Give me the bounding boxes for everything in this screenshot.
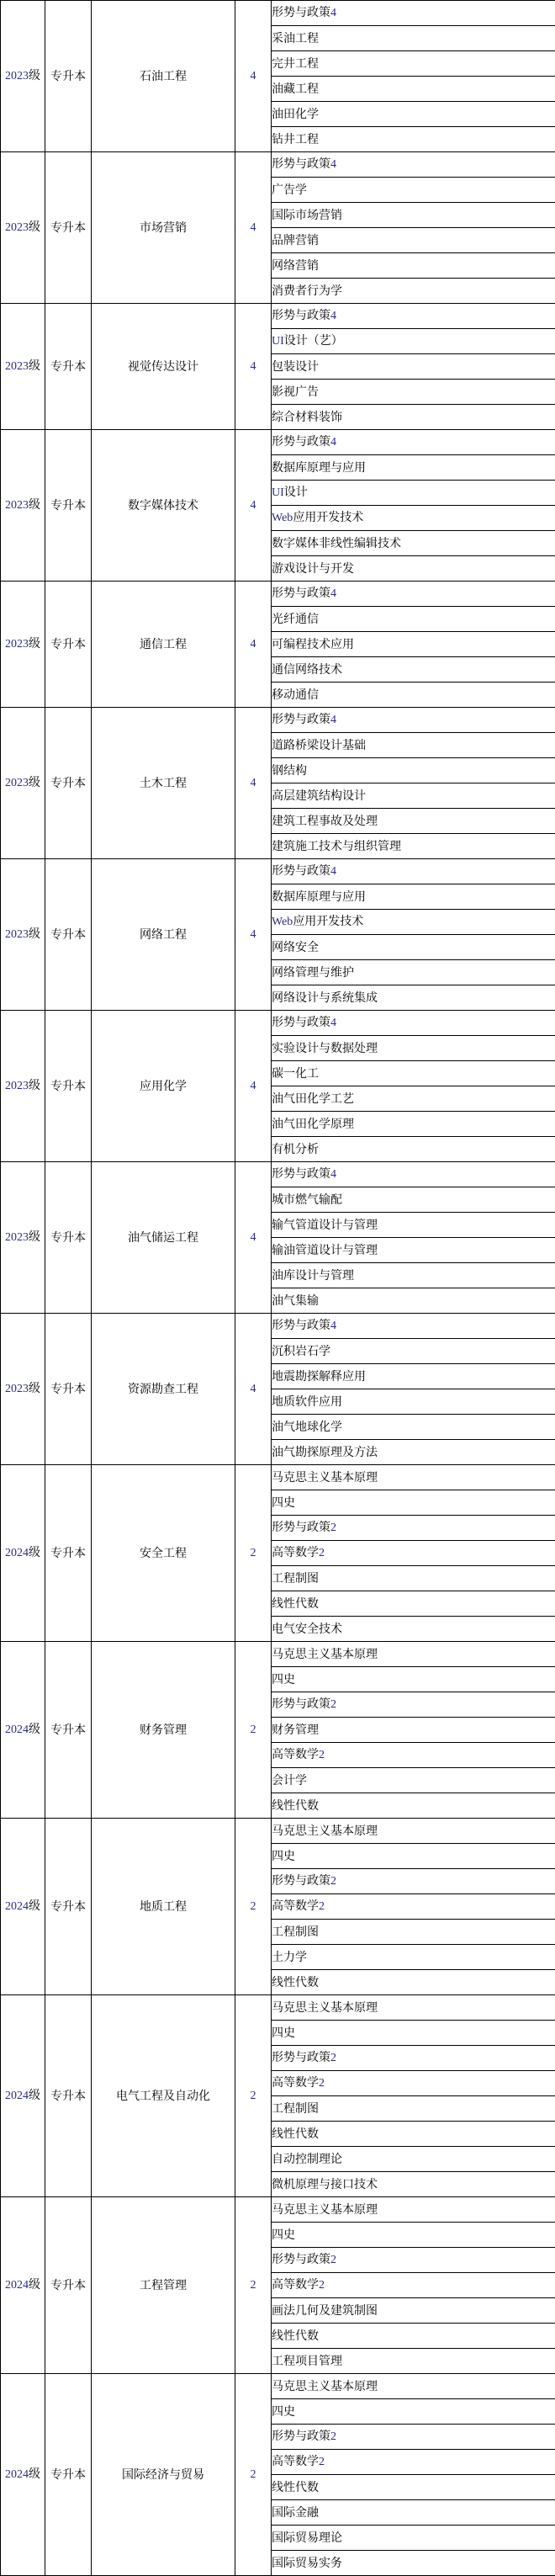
cjk-text-run: 国际金融 [272,2505,319,2519]
major-cell: 电气工程及自动化 [92,1995,235,2197]
course-cell: 钢结构 [272,758,555,783]
table-row: 2023级专升本网络工程4形势与政策4 [1,859,555,884]
table-row: 2023级专升本应用化学4形势与政策4 [1,1011,555,1036]
ascii-text-run: 4 [251,221,256,234]
cjk-text-run: 高等数学 [272,1545,319,1559]
exam-count-cell: 4 [235,304,272,430]
ascii-text-run: 4 [330,865,336,878]
ascii-text-run: 2 [330,1522,336,1534]
ascii-text-run: 2024 [5,2279,29,2292]
grade-cell: 2023级 [1,304,45,430]
ascii-text-run: 2024 [5,1724,29,1736]
course-cell: 形势与政策4 [272,1314,555,1339]
course-cell: 城市燃气输配 [272,1187,555,1213]
course-table: 2023级专升本石油工程4形势与政策4采油工程完井工程油藏工程油田化学钻井工程2… [0,0,555,2576]
cjk-text-run: 形势与政策 [272,712,330,725]
table-row: 2023级专升本视觉传达设计4形势与政策4 [1,304,555,329]
course-cell: 高等数学2 [272,2071,555,2096]
cjk-text-run: 级 [29,359,40,372]
ascii-text-run: 2 [251,1724,256,1736]
table-row: 2024级专升本安全工程2马克思主义基本原理 [1,1465,555,1490]
ascii-text-run: 4 [251,70,256,82]
cjk-text-run: 四史 [272,1849,295,1862]
level-cell: 专升本 [45,1,92,152]
cjk-text-run: 通信网络技术 [272,662,342,676]
cjk-text-run: 形势与政策 [272,1873,330,1887]
cjk-text-run: 线性代数 [272,2329,319,2342]
cjk-text-run: 石油工程 [140,69,187,82]
major-cell: 国际经济与贸易 [92,2374,235,2576]
cjk-text-run: 级 [29,2088,40,2101]
grade-cell: 2023级 [1,1011,45,1162]
cjk-text-run: 钢结构 [272,763,307,777]
ascii-text-run: 2 [330,1698,336,1711]
course-cell: 影视广告 [272,380,555,405]
course-cell: 四史 [272,2223,555,2248]
table-row: 2024级专升本国际经济与贸易2马克思主义基本原理 [1,2374,555,2399]
cjk-text-run: 地质工程 [140,1899,187,1913]
cjk-text-run: 高等数学 [272,1747,319,1761]
grade-cell: 2023级 [1,1162,45,1314]
cjk-text-run: 网络工程 [140,927,187,941]
ascii-text-run: 2023 [5,928,29,941]
cjk-text-run: 网络管理与维护 [272,965,354,979]
exam-count-cell: 4 [235,1314,272,1465]
ascii-text-run: Web [272,512,293,524]
ascii-text-run: 2 [330,2052,336,2064]
cjk-text-run: 工程管理 [140,2278,187,2292]
course-cell: 形势与政策4 [272,859,555,884]
cjk-text-run: 高等数学 [272,2454,319,2467]
major-cell: 工程管理 [92,2197,235,2374]
cjk-text-run: 马克思主义基本原理 [272,1647,378,1660]
major-cell: 通信工程 [92,582,235,708]
exam-count-cell: 2 [235,1819,272,1995]
grade-cell: 2023级 [1,1314,45,1465]
course-cell: 通信网络技术 [272,657,555,683]
cjk-text-run: 四史 [272,2026,295,2039]
cjk-text-run: 油气田化学原理 [272,1117,354,1130]
table-row: 2023级专升本数字媒体技术4形势与政策4 [1,430,555,455]
table-row: 2024级专升本财务管理2马克思主义基本原理 [1,1642,555,1667]
ascii-text-run: 2023 [5,1080,29,1092]
cjk-text-run: 专升本 [50,1723,86,1736]
cjk-text-run: 油气集输 [272,1293,319,1307]
course-cell: 高等数学2 [272,2450,555,2475]
course-cell: 形势与政策2 [272,2425,555,2450]
course-cell: 高层建筑结构设计 [272,783,555,809]
exam-count-cell: 4 [235,1,272,152]
cjk-text-run: 级 [29,1230,40,1243]
cjk-text-run: 光纤通信 [272,612,319,625]
cjk-text-run: 形势与政策 [272,308,330,321]
course-cell: 形势与政策4 [272,1,555,26]
cjk-text-run: 马克思主义基本原理 [272,2000,378,2014]
course-cell: 完井工程 [272,51,555,77]
exam-count-cell: 2 [235,1995,272,2197]
cjk-text-run: 道路桥梁设计基础 [272,738,366,752]
cjk-text-run: 形势与政策 [272,434,330,448]
cjk-text-run: 专升本 [50,1546,86,1559]
cjk-text-run: 画法几何及建筑制图 [272,2303,378,2317]
ascii-text-run: 2 [319,2456,325,2468]
cjk-text-run: 级 [29,1545,40,1559]
course-cell: 广告学 [272,178,555,203]
grade-cell: 2024级 [1,1819,45,1995]
ascii-text-run: 4 [251,499,256,512]
course-cell: 画法几何及建筑制图 [272,2298,555,2324]
cjk-text-run: 专升本 [50,637,86,651]
cjk-text-run: 线性代数 [272,1975,319,1989]
cjk-text-run: 可编程技术应用 [272,637,354,651]
course-cell: 有机分析 [272,1137,555,1162]
cjk-text-run: 网络安全 [272,940,319,953]
cjk-text-run: 马克思主义基本原理 [272,2379,378,2393]
major-cell: 财务管理 [92,1642,235,1819]
course-cell: 综合材料装饰 [272,405,555,430]
table-row: 2024级专升本电气工程及自动化2马克思主义基本原理 [1,1995,555,2021]
grade-cell: 2024级 [1,1465,45,1642]
major-cell: 资源勘查工程 [92,1314,235,1465]
course-cell: 油田化学 [272,102,555,127]
cjk-text-run: 沉积岩石学 [272,1344,330,1357]
ascii-text-run: 4 [251,1231,256,1244]
cjk-text-run: 油气田化学工艺 [272,1091,354,1105]
grade-cell: 2023级 [1,152,45,304]
table-row: 2024级专升本地质工程2马克思主义基本原理 [1,1819,555,1844]
cjk-text-run: 微机原理与接口技术 [272,2177,378,2191]
ascii-text-run: 4 [251,1080,256,1092]
course-cell: 工程制图 [272,2096,555,2122]
course-cell: 土力学 [272,1945,555,1970]
cjk-text-run: 数字媒体技术 [128,498,198,512]
cjk-text-run: 专升本 [50,359,86,373]
cjk-text-run: 级 [29,2277,40,2291]
ascii-text-run: 2023 [5,221,29,234]
ascii-text-run: 4 [330,714,336,726]
cjk-text-run: 建筑工程事故及处理 [272,814,378,827]
level-cell: 专升本 [45,859,92,1011]
course-cell: 形势与政策4 [272,1162,555,1187]
course-cell: 马克思主义基本原理 [272,2197,555,2223]
ascii-text-run: UI [272,486,284,499]
cjk-text-run: 工程制图 [272,1571,319,1585]
grade-cell: 2024级 [1,1642,45,1819]
course-cell: 形势与政策2 [272,1516,555,1541]
course-cell: 自动控制理论 [272,2147,555,2172]
ascii-text-run: 2023 [5,360,29,373]
ascii-text-run: 2 [330,2430,336,2443]
ascii-text-run: 2 [251,1547,256,1559]
cjk-text-run: 国际市场营销 [272,208,342,221]
cjk-text-run: 采油工程 [272,31,319,45]
course-cell: 网络营销 [272,253,555,279]
cjk-text-run: 专升本 [50,927,86,941]
cjk-text-run: 线性代数 [272,1596,319,1610]
major-cell: 数字媒体技术 [92,430,235,582]
cjk-text-run: 专升本 [50,1079,86,1092]
cjk-text-run: 自动控制理论 [272,2152,342,2165]
cjk-text-run: 实验设计与数据处理 [272,1041,378,1054]
cjk-text-run: 马克思主义基本原理 [272,1470,378,1484]
cjk-text-run: 工程制图 [272,1925,319,1938]
course-cell: 高等数学2 [272,2273,555,2298]
course-cell: 形势与政策2 [272,2046,555,2071]
course-cell: 地质软件应用 [272,1389,555,1415]
cjk-text-run: 级 [29,68,40,82]
cjk-text-run: 专升本 [50,2089,86,2102]
course-cell: 数据库原理与应用 [272,884,555,910]
cjk-text-run: 专升本 [50,1382,86,1395]
cjk-text-run: 油田化学 [272,107,319,120]
course-cell: 财务管理 [272,1718,555,1743]
ascii-text-run: 4 [251,638,256,651]
level-cell: 专升本 [45,1995,92,2197]
course-cell: 形势与政策4 [272,152,555,178]
cjk-text-run: 四史 [272,1672,295,1686]
cjk-text-run: 影视广告 [272,385,319,398]
exam-count-cell: 4 [235,708,272,859]
cjk-text-run: 级 [29,497,40,511]
ascii-text-run: 4 [330,7,336,19]
course-cell: 四史 [272,1844,555,1869]
course-cell: UI设计（艺） [272,329,555,354]
level-cell: 专升本 [45,152,92,304]
course-cell: 输油管道设计与管理 [272,1238,555,1263]
major-cell: 石油工程 [92,1,235,152]
course-cell: 网络设计与系统集成 [272,985,555,1011]
cjk-text-run: 油气储运工程 [128,1230,198,1244]
course-cell: 移动通信 [272,683,555,708]
cjk-text-run: 专升本 [50,776,86,789]
course-cell: 马克思主义基本原理 [272,1642,555,1667]
ascii-text-run: 2023 [5,1231,29,1244]
cjk-text-run: 形势与政策 [272,1697,330,1710]
course-cell: 油气集输 [272,1288,555,1314]
major-cell: 应用化学 [92,1011,235,1162]
level-cell: 专升本 [45,1465,92,1642]
cjk-text-run: 网络营销 [272,258,319,272]
course-cell: 国际市场营销 [272,203,555,228]
cjk-text-run: 线性代数 [272,2127,319,2140]
exam-count-cell: 4 [235,582,272,708]
cjk-text-run: 形势与政策 [272,157,330,170]
course-cell: 微机原理与接口技术 [272,2172,555,2197]
table-row: 2023级专升本通信工程4形势与政策4 [1,582,555,607]
cjk-text-run: 有机分析 [272,1142,319,1155]
cjk-text-run: 安全工程 [140,1546,187,1559]
course-cell: 数据库原理与应用 [272,455,555,481]
cjk-text-run: 土力学 [272,1950,307,1963]
cjk-text-run: 国际贸易理论 [272,2531,342,2544]
course-cell: 形势与政策2 [272,1869,555,1894]
ascii-text-run: 2 [319,1547,325,1559]
course-cell: 马克思主义基本原理 [272,1819,555,1844]
ascii-text-run: 4 [330,158,336,171]
major-cell: 市场营销 [92,152,235,304]
grade-cell: 2024级 [1,1995,45,2197]
exam-count-cell: 2 [235,1465,272,1642]
course-cell: 消费者行为学 [272,279,555,304]
level-cell: 专升本 [45,2374,92,2576]
course-cell: 油气勘探原理及方法 [272,1440,555,1465]
course-cell: 工程制图 [272,1920,555,1945]
table-row: 2023级专升本土木工程4形势与政策4 [1,708,555,733]
ascii-text-run: 2023 [5,499,29,512]
cjk-text-run: 线性代数 [272,1798,319,1812]
exam-count-cell: 4 [235,430,272,582]
cjk-text-run: 财务管理 [272,1723,319,1736]
course-cell: 形势与政策4 [272,304,555,329]
course-cell: 四史 [272,1490,555,1516]
course-cell: 输气管道设计与管理 [272,1213,555,1238]
cjk-text-run: 资源勘查工程 [128,1382,198,1395]
ascii-text-run: 2 [319,1900,325,1913]
cjk-text-run: 工程项目管理 [272,2354,342,2367]
course-cell: 形势与政策2 [272,2248,555,2273]
cjk-text-run: 级 [29,220,40,233]
course-cell: 形势与政策2 [272,1692,555,1718]
level-cell: 专升本 [45,1011,92,1162]
ascii-text-run: 2024 [5,2090,29,2102]
course-cell: 道路桥梁设计基础 [272,733,555,758]
cjk-text-run: 专升本 [50,2278,86,2292]
ascii-text-run: 2023 [5,777,29,789]
level-cell: 专升本 [45,582,92,708]
cjk-text-run: 高等数学 [272,2277,319,2291]
exam-count-cell: 4 [235,859,272,1011]
ascii-text-run: 2 [251,2468,256,2481]
grade-cell: 2023级 [1,708,45,859]
ascii-text-run: 4 [251,360,256,373]
ascii-text-run: 4 [330,1168,336,1181]
ascii-text-run: 2024 [5,1547,29,1559]
major-cell: 油气储运工程 [92,1162,235,1314]
grade-cell: 2023级 [1,1,45,152]
ascii-text-run: 2 [330,2254,336,2266]
course-cell: 建筑工程事故及处理 [272,809,555,834]
cjk-text-run: 数据库原理与应用 [272,460,366,474]
cjk-text-run: 形势与政策 [272,5,330,19]
cjk-text-run: 工程制图 [272,2101,319,2115]
cjk-text-run: 专升本 [50,498,86,512]
cjk-text-run: 形势与政策 [272,2252,330,2265]
cjk-text-run: 会计学 [272,1773,307,1787]
cjk-text-run: 形势与政策 [272,2429,330,2442]
table-row: 2023级专升本石油工程4形势与政策4 [1,1,555,26]
cjk-text-run: 市场营销 [140,220,187,234]
cjk-text-run: 游戏设计与开发 [272,561,354,575]
course-cell: 品牌营销 [272,228,555,253]
major-cell: 视觉传达设计 [92,304,235,430]
grade-cell: 2024级 [1,2197,45,2374]
ascii-text-run: 2 [251,2279,256,2292]
course-cell: 钻井工程 [272,127,555,152]
cjk-text-run: 国际贸易实务 [272,2556,342,2569]
course-cell: 包装设计 [272,354,555,380]
course-cell: 光纤通信 [272,607,555,632]
level-cell: 专升本 [45,1642,92,1819]
level-cell: 专升本 [45,708,92,859]
cjk-text-run: 地震勘探解释应用 [272,1369,366,1383]
cjk-text-run: 移动通信 [272,688,319,701]
grade-cell: 2023级 [1,430,45,582]
ascii-text-run: 4 [330,1017,336,1029]
ascii-text-run: 2024 [5,1900,29,1913]
table-row: 2023级专升本资源勘查工程4形势与政策4 [1,1314,555,1339]
major-cell: 网络工程 [92,859,235,1011]
course-cell: 线性代数 [272,2475,555,2500]
ascii-text-run: 4 [330,1320,336,1332]
cjk-text-run: 设计 [284,485,308,498]
course-cell: 形势与政策4 [272,430,555,455]
cjk-text-run: 专升本 [50,1230,86,1244]
course-cell: 实验设计与数据处理 [272,1036,555,1061]
cjk-text-run: 油气地球化学 [272,1420,342,1433]
ascii-text-run: 4 [330,436,336,449]
exam-count-cell: 4 [235,152,272,304]
cjk-text-run: 钻井工程 [272,132,319,146]
course-cell: 国际贸易理论 [272,2526,555,2551]
course-cell: 高等数学2 [272,1541,555,1566]
cjk-text-run: 通信工程 [140,637,187,651]
course-cell: 形势与政策4 [272,582,555,607]
cjk-text-run: 级 [29,2467,40,2480]
table-row: 2023级专升本市场营销4形势与政策4 [1,152,555,178]
course-cell: 采油工程 [272,26,555,51]
ascii-text-run: 2023 [5,1383,29,1395]
exam-count-cell: 2 [235,1642,272,1819]
course-cell: 工程制图 [272,1566,555,1591]
cjk-text-run: 高等数学 [272,2075,319,2089]
cjk-text-run: 消费者行为学 [272,284,342,297]
cjk-text-run: 四史 [272,2228,295,2241]
major-cell: 土木工程 [92,708,235,859]
cjk-text-run: 地质软件应用 [272,1394,342,1408]
ascii-text-run: 2 [251,2090,256,2102]
ascii-text-run: 2 [319,2279,325,2292]
course-cell: 油气田化学工艺 [272,1086,555,1112]
ascii-text-run: 4 [251,928,256,941]
major-cell: 地质工程 [92,1819,235,1995]
course-cell: 电气安全技术 [272,1617,555,1642]
cjk-text-run: 形势与政策 [272,586,330,599]
course-cell: 国际贸易实务 [272,2551,555,2576]
cjk-text-run: 马克思主义基本原理 [272,1824,378,1837]
cjk-text-run: 级 [29,1381,40,1394]
course-cell: 碳一化工 [272,1061,555,1086]
cjk-text-run: 级 [29,636,40,650]
cjk-text-run: 建筑施工技术与组织管理 [272,839,401,852]
ascii-text-run: 2 [251,1900,256,1913]
cjk-text-run: 高层建筑结构设计 [272,789,366,802]
cjk-text-run: 品牌营销 [272,233,319,247]
cjk-text-run: 专升本 [50,1899,86,1913]
cjk-text-run: 级 [29,1722,40,1735]
course-cell: 油库设计与管理 [272,1263,555,1288]
course-cell: 油藏工程 [272,77,555,102]
cjk-text-run: 形势与政策 [272,1520,330,1533]
course-cell: 油气田化学原理 [272,1112,555,1137]
cjk-text-run: 形势与政策 [272,1015,330,1028]
level-cell: 专升本 [45,430,92,582]
cjk-text-run: 输油管道设计与管理 [272,1243,378,1256]
ascii-text-run: 2 [330,1875,336,1888]
ascii-text-run: 4 [330,310,336,322]
course-cell: Web应用开发技术 [272,506,555,531]
cjk-text-run: 应用化学 [140,1079,187,1092]
course-cell: 游戏设计与开发 [272,556,555,582]
